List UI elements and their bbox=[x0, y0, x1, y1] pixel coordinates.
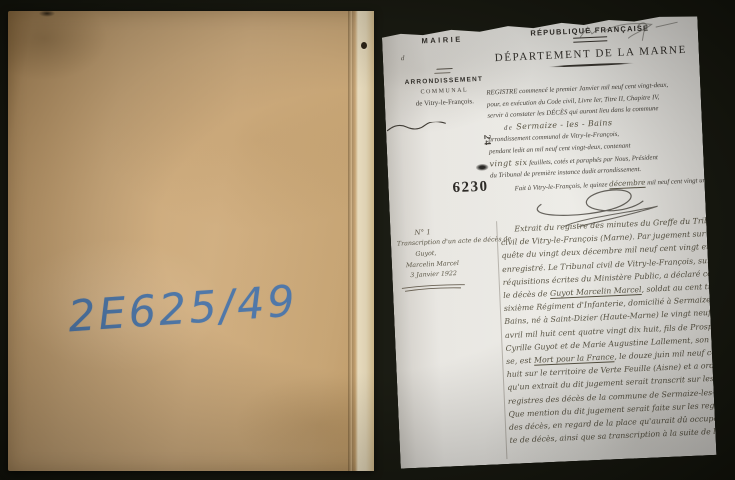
arrondissement-label: ARRONDISSEMENT bbox=[398, 75, 490, 86]
registre-paragraph: REGISTRE commencé le premier Janvier mil… bbox=[486, 78, 704, 182]
binding-hole bbox=[361, 42, 367, 49]
scanned-register-photo: 2E625/49 MAIRIE d ARRONDISSEMENT COMMUNA… bbox=[0, 0, 735, 480]
wave-flourish bbox=[386, 121, 448, 136]
flourish-dash bbox=[434, 68, 453, 74]
margin-flourish bbox=[401, 283, 467, 294]
register-number: 6230 bbox=[452, 179, 489, 198]
ink-stamp bbox=[476, 164, 489, 172]
register-cover bbox=[8, 11, 374, 471]
commune-label: de Vitry-le-François. bbox=[399, 96, 491, 108]
departement-title: DÉPARTEMENT DE LA MARNE bbox=[491, 44, 691, 65]
communal-label: COMMUNAL bbox=[398, 86, 490, 96]
register-page: MAIRIE d ARRONDISSEMENT COMMUNAL de Vitr… bbox=[382, 14, 717, 468]
pencil-scribble bbox=[577, 15, 688, 46]
act-number: N° 1 bbox=[414, 228, 431, 237]
act-body: Extrait du registre des minutes du Greff… bbox=[500, 214, 715, 447]
taper-rule bbox=[548, 62, 634, 68]
cover-edge-strip bbox=[352, 11, 374, 471]
cover-corner-mark bbox=[36, 9, 58, 18]
mairie-label: MAIRIE bbox=[396, 33, 488, 46]
margin-note: Transcription d'un acte de décès deGuyot… bbox=[397, 235, 499, 283]
hand-note-d: d bbox=[401, 54, 405, 62]
header-left-column: MAIRIE d ARRONDISSEMENT COMMUNAL de Vitr… bbox=[396, 33, 491, 108]
folio-number-stamp: 24 bbox=[467, 134, 492, 149]
